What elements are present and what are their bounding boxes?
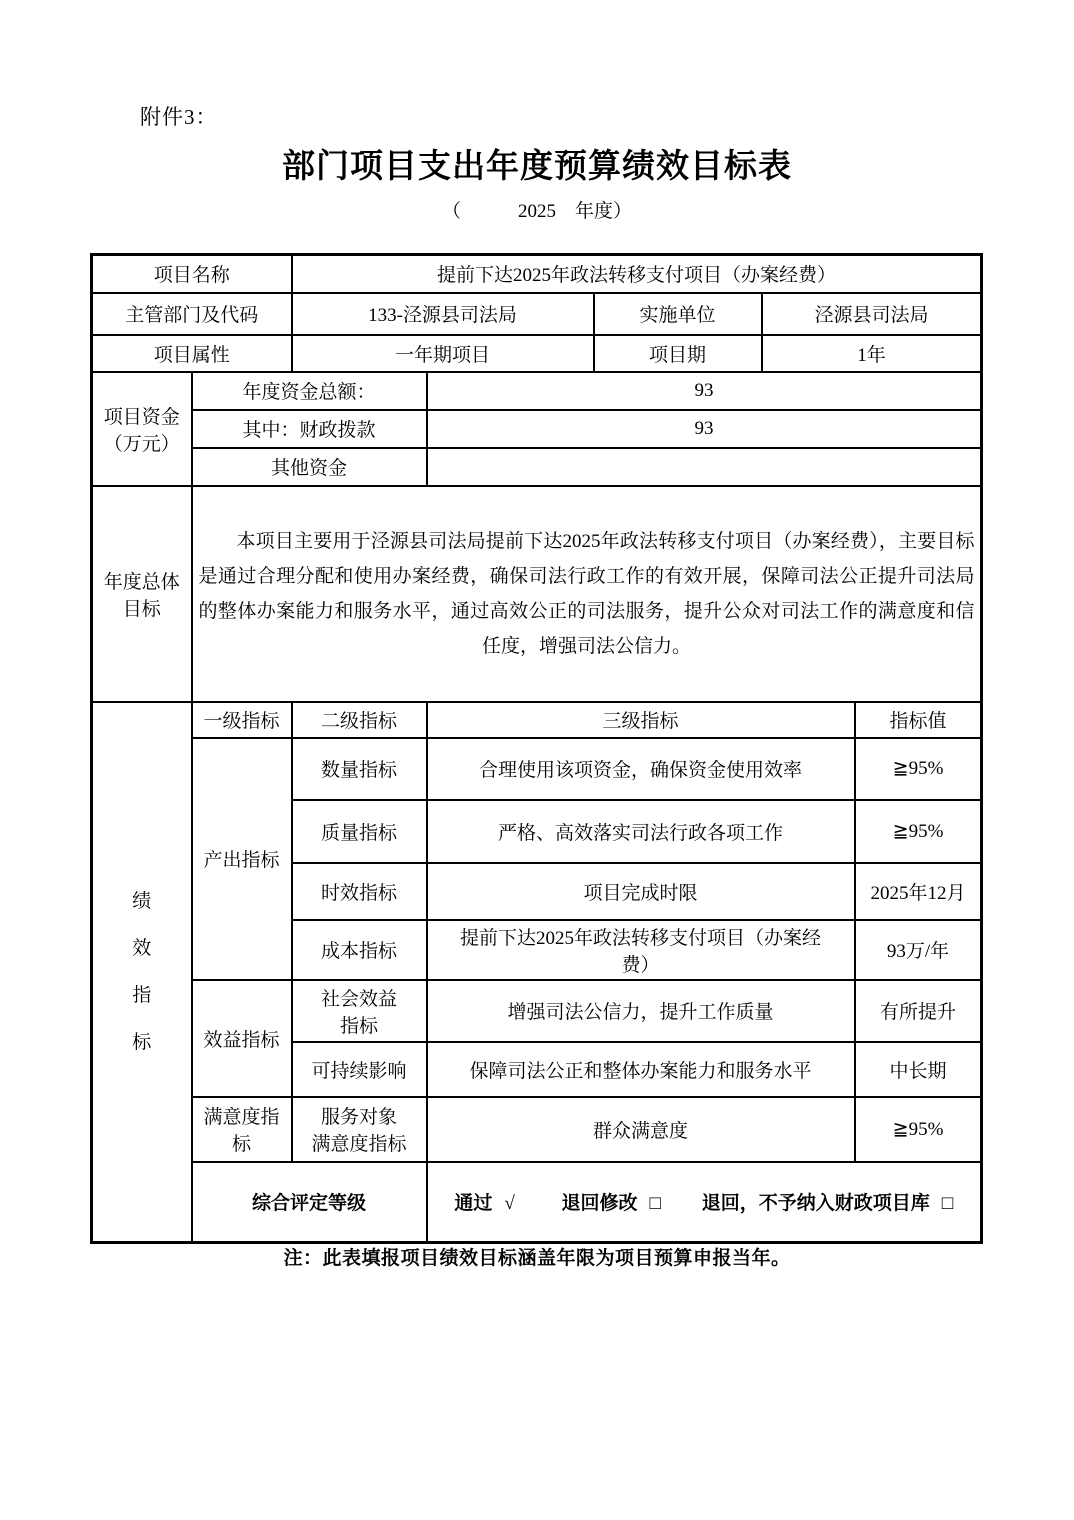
row-fund-other: 其他资金 [92, 448, 982, 486]
overall-rating-value: 通过√ 退回修改□ 退回，不予纳入财政项目库□ [427, 1162, 982, 1243]
row-project-name: 项目名称 提前下达2025年政法转移支付项目（办案经费） [92, 255, 982, 293]
group-benefit-label: 效益指标 [192, 980, 292, 1097]
period-label: 项目期 [594, 335, 762, 372]
funding-section-label: 项目资金 （万元） [92, 372, 192, 486]
annual-goal-cell: 本项目主要用于泾源县司法局提前下达2025年政法转移支付项目（办案经费），主要目… [192, 486, 982, 702]
satisfaction-indicator-desc: 群众满意度 [427, 1097, 855, 1162]
overall-rating-label: 综合评定等级 [192, 1162, 427, 1243]
sustainability-indicator-value: 中长期 [855, 1042, 982, 1097]
social-benefit-indicator-label: 社会效益 指标 [292, 980, 427, 1042]
row-overall-rating: 综合评定等级 通过√ 退回修改□ 退回，不予纳入财政项目库□ [92, 1162, 982, 1243]
timeliness-indicator-value: 2025年12月 [855, 863, 982, 920]
row-dept-code: 主管部门及代码 133-泾源县司法局 实施单位 泾源县司法局 [92, 293, 982, 335]
quantity-indicator-desc: 合理使用该项资金，确保资金使用效率 [427, 738, 855, 800]
fund-total-value: 93 [427, 372, 982, 410]
quality-indicator-label: 质量指标 [292, 800, 427, 863]
annual-goal-text: 本项目主要用于泾源县司法局提前下达2025年政法转移支付项目（办案经费），主要目… [199, 524, 975, 664]
group-output-label: 产出指标 [192, 738, 292, 980]
fund-fiscal-label: 其中：财政拨款 [192, 410, 427, 448]
return-modify-label: 退回修改 [562, 1193, 638, 1214]
quantity-indicator-label: 数量指标 [292, 738, 427, 800]
period-value: 1年 [762, 335, 982, 372]
document-title: 部门项目支出年度预算绩效目标表 [0, 140, 1074, 187]
rating-option-reject: 退回，不予纳入财政项目库□ [702, 1193, 954, 1214]
annual-goal-label: 年度总体 目标 [92, 486, 192, 702]
cost-indicator-desc: 提前下达2025年政法转移支付项目（办案经 费） [427, 920, 855, 980]
fund-other-value [427, 448, 982, 486]
reject-checkbox: □ [942, 1193, 953, 1214]
row-social-benefit-indicator: 效益指标 社会效益 指标 增强司法公信力，提升工作质量 有所提升 [92, 980, 982, 1042]
row-fund-fiscal: 其中：财政拨款 93 [92, 410, 982, 448]
cost-indicator-value: 93万/年 [855, 920, 982, 980]
pass-check-mark: √ [504, 1193, 514, 1214]
reject-label: 退回，不予纳入财政项目库 [702, 1193, 930, 1214]
project-name-label: 项目名称 [92, 255, 292, 293]
satisfaction-indicator-value: ≧95% [855, 1097, 982, 1162]
timeliness-indicator-label: 时效指标 [292, 863, 427, 920]
sustainability-indicator-desc: 保障司法公正和整体办案能力和服务水平 [427, 1042, 855, 1097]
fund-fiscal-value: 93 [427, 410, 982, 448]
header-level2: 二级指标 [292, 702, 427, 738]
project-name-value: 提前下达2025年政法转移支付项目（办案经费） [292, 255, 982, 293]
fund-other-label: 其他资金 [192, 448, 427, 486]
row-quantity-indicator: 产出指标 数量指标 合理使用该项资金，确保资金使用效率 ≧95% [92, 738, 982, 800]
social-benefit-indicator-desc: 增强司法公信力，提升工作质量 [427, 980, 855, 1042]
group-satisfaction-label: 满意度指 标 [192, 1097, 292, 1162]
document-subtitle: （ 2025 年度） [0, 196, 1074, 223]
attribute-label: 项目属性 [92, 335, 292, 372]
cost-indicator-label: 成本指标 [292, 920, 427, 980]
attribute-value: 一年期项目 [292, 335, 594, 372]
footnote: 注：此表填报项目绩效目标涵盖年限为项目预算申报当年。 [0, 1243, 1074, 1270]
quality-indicator-desc: 严格、高效落实司法行政各项工作 [427, 800, 855, 863]
fund-total-label: 年度资金总额： [192, 372, 427, 410]
timeliness-indicator-desc: 项目完成时限 [427, 863, 855, 920]
rating-option-pass: 通过√ [454, 1193, 514, 1214]
row-fund-total: 项目资金 （万元） 年度资金总额： 93 [92, 372, 982, 410]
attachment-label: 附件3： [140, 101, 218, 131]
row-annual-goal: 年度总体 目标 本项目主要用于泾源县司法局提前下达2025年政法转移支付项目（办… [92, 486, 982, 702]
performance-target-table: 项目名称 提前下达2025年政法转移支付项目（办案经费） 主管部门及代码 133… [90, 253, 983, 1244]
header-value: 指标值 [855, 702, 982, 738]
impl-unit-label: 实施单位 [594, 293, 762, 335]
header-level1: 一级指标 [192, 702, 292, 738]
impl-unit-value: 泾源县司法局 [762, 293, 982, 335]
header-level3: 三级指标 [427, 702, 855, 738]
quantity-indicator-value: ≧95% [855, 738, 982, 800]
dept-code-label: 主管部门及代码 [92, 293, 292, 335]
indicators-section-label: 绩 效 指 标 [92, 702, 192, 1243]
social-benefit-indicator-value: 有所提升 [855, 980, 982, 1042]
rating-option-return-modify: 退回修改□ [562, 1193, 662, 1214]
dept-code-value: 133-泾源县司法局 [292, 293, 594, 335]
indicators-section-label-text: 绩 效 指 标 [99, 878, 185, 1066]
document-page: 附件3： 部门项目支出年度预算绩效目标表 （ 2025 年度） 项目名称 提前下… [0, 0, 1074, 1520]
row-attribute: 项目属性 一年期项目 项目期 1年 [92, 335, 982, 372]
row-indicator-header: 绩 效 指 标 一级指标 二级指标 三级指标 指标值 [92, 702, 982, 738]
quality-indicator-value: ≧95% [855, 800, 982, 863]
satisfaction-indicator-label: 服务对象 满意度指标 [292, 1097, 427, 1162]
row-satisfaction-indicator: 满意度指 标 服务对象 满意度指标 群众满意度 ≧95% [92, 1097, 982, 1162]
pass-label: 通过 [454, 1193, 492, 1214]
sustainability-indicator-label: 可持续影响 [292, 1042, 427, 1097]
return-modify-checkbox: □ [650, 1193, 661, 1214]
